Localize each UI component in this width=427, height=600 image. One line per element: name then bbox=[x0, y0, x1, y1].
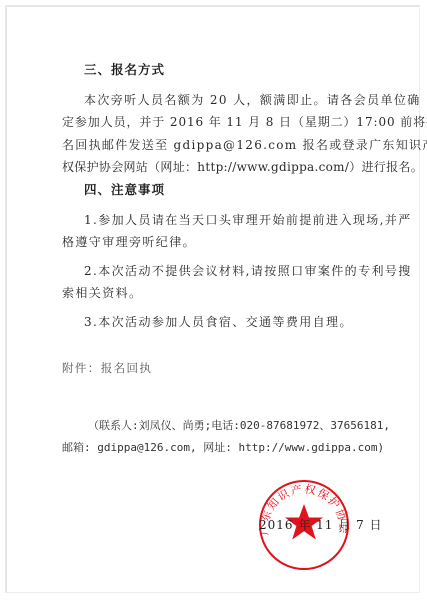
notice-item-2-line-1: 2.本次活动不提供会议材料,请按照口审案件的专利号搜 bbox=[84, 262, 412, 279]
section4-heading: 四、注意事项 bbox=[84, 180, 165, 198]
paragraph-line: 权保护协会网站（网址：http://www.gdippa.com/）进行报名。 bbox=[62, 158, 423, 175]
paragraph-line: 定参加人员，并于 2016 年 11 月 8 日（星期二）17:00 前将报 bbox=[62, 113, 427, 130]
contact-line-1: （联系人:刘凤仪、尚勇;电话:020-87681972、37656181, bbox=[88, 417, 390, 433]
notice-item-1-line-2: 格遵守审理旁听纪律。 bbox=[62, 233, 196, 250]
notice-item-2-line-2: 索相关资料。 bbox=[62, 284, 142, 301]
paragraph-line: 名回执邮件发送至 gdippa@126.com 报名或登录广东知识产 bbox=[62, 136, 427, 153]
attachment-label: 附件：报名回执 bbox=[62, 360, 152, 376]
notice-item-1-line-1: 1.参加人员请在当天口头审理开始前提前进入现场,并严 bbox=[84, 211, 412, 228]
contact-line-2: 邮箱: gdippa@126.com, 网址: http://www.gdipp… bbox=[62, 439, 384, 455]
signature-date: 2016 年 11 月 7 日 bbox=[259, 516, 383, 533]
section3-heading: 三、报名方式 bbox=[84, 60, 165, 78]
paragraph-line: 本次旁听人员名额为 20 人，额满即止。请各会员单位确 bbox=[84, 91, 421, 108]
notice-item-3: 3.本次活动参加人员食宿、交通等费用自理。 bbox=[84, 313, 353, 330]
